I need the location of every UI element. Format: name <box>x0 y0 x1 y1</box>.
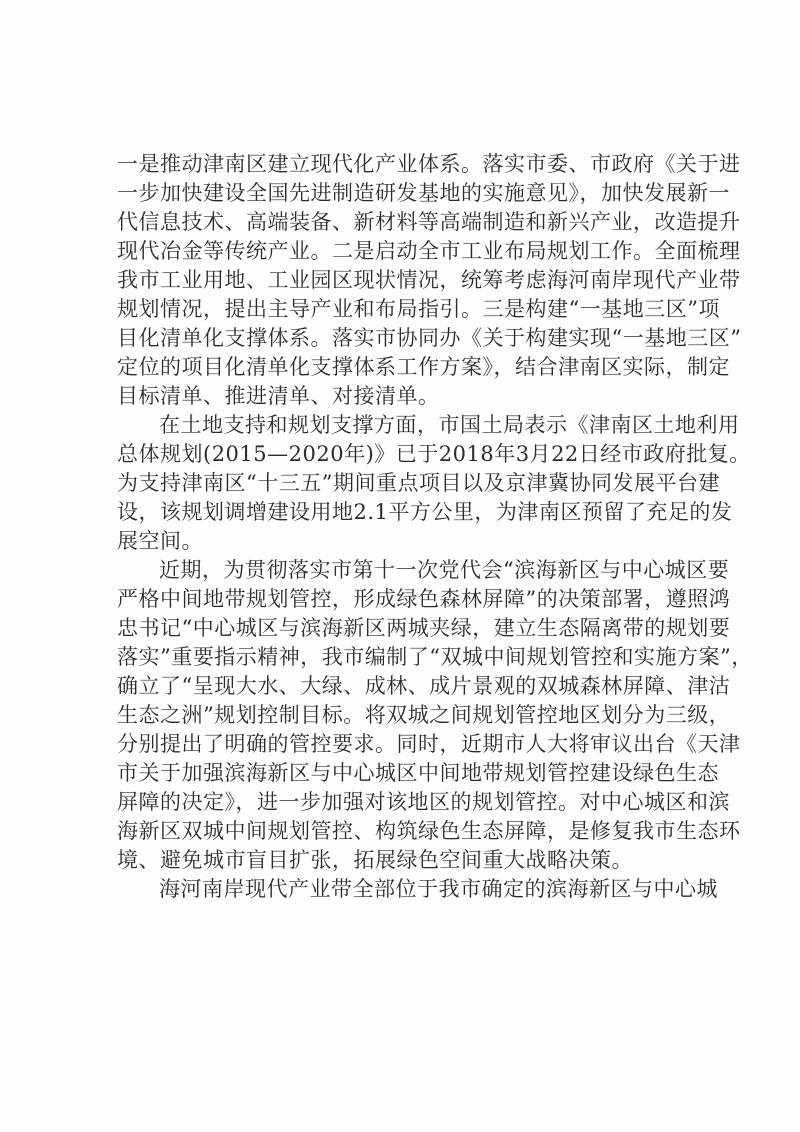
text-line: 屏障的决定》，进一步加强对该地区的规划管控。对中心城区和滨 <box>117 788 713 817</box>
text-line: 生态之洲”规划控制目标。将双城之间规划管控地区划分为三级， <box>117 701 713 730</box>
text-line: 海新区双城中间规划管控、构筑绿色生态屏障，是修复我市生态环 <box>117 817 713 846</box>
text-line: 为支持津南区“十三五”期间重点项目以及京津冀协同发展平台建 <box>117 469 713 498</box>
text-line: 展空间。 <box>117 527 713 556</box>
text-line: 近期，为贯彻落实市第十一次党代会“滨海新区与中心城区要 <box>117 556 713 585</box>
paragraph-green-barrier: 近期，为贯彻落实市第十一次党代会“滨海新区与中心城区要 严格中间地带规划管控，形… <box>117 556 713 875</box>
paragraph-industry-system: 一是推动津南区建立现代化产业体系。落实市委、市政府《关于进 一步加快建设全国先进… <box>117 150 713 411</box>
text-line: 落实”重要指示精神，我市编制了“双城中间规划管控和实施方案”， <box>117 643 713 672</box>
text-line: 分别提出了明确的管控要求。同时，近期市人大将审议出台《天津 <box>117 730 713 759</box>
text-line: 目化清单化支撑体系。落实市协同办《关于构建实现“一基地三区” <box>117 324 713 353</box>
text-line: 代信息技术、高端装备、新材料等高端制造和新兴产业，改造提升 <box>117 208 713 237</box>
text-line: 境、避免城市盲目扩张，拓展绿色空间重大战略决策。 <box>117 846 713 875</box>
text-line: 一是推动津南区建立现代化产业体系。落实市委、市政府《关于进 <box>117 150 713 179</box>
paragraph-haihe-south-bank: 海河南岸现代产业带全部位于我市确定的滨海新区与中心城 <box>117 875 713 904</box>
text-line: 定位的项目化清单化支撑体系工作方案》，结合津南区实际，制定 <box>117 353 713 382</box>
text-line: 设，该规划调增建设用地2.1平方公里，为津南区预留了充足的发 <box>117 498 713 527</box>
text-line: 总体规划(2015—2020年)》已于2018年3月22日经市政府批复。 <box>117 440 713 469</box>
text-line: 确立了“呈现大水、大绿、成林、成片景观的双城森林屏障、津沽 <box>117 672 713 701</box>
text-line: 市关于加强滨海新区与中心城区中间地带规划管控建设绿色生态 <box>117 759 713 788</box>
text-line: 现代冶金等传统产业。二是启动全市工业布局规划工作。全面梳理 <box>117 237 713 266</box>
text-line: 我市工业用地、工业园区现状情况，统筹考虑海河南岸现代产业带 <box>117 266 713 295</box>
text-line: 海河南岸现代产业带全部位于我市确定的滨海新区与中心城 <box>117 875 713 904</box>
paragraph-land-support: 在土地支持和规划支撑方面，市国土局表示《津南区土地利用 总体规划(2015—20… <box>117 411 713 556</box>
document-page: 一是推动津南区建立现代化产业体系。落实市委、市政府《关于进 一步加快建设全国先进… <box>0 0 800 1132</box>
text-line: 忠书记“中心城区与滨海新区两城夹绿，建立生态隔离带的规划要 <box>117 614 713 643</box>
text-line: 目标清单、推进清单、对接清单。 <box>117 382 713 411</box>
text-line: 严格中间地带规划管控，形成绿色森林屏障”的决策部署，遵照鸿 <box>117 585 713 614</box>
document-body: 一是推动津南区建立现代化产业体系。落实市委、市政府《关于进 一步加快建设全国先进… <box>117 150 713 904</box>
text-line: 在土地支持和规划支撑方面，市国土局表示《津南区土地利用 <box>117 411 713 440</box>
text-line: 规划情况，提出主导产业和布局指引。三是构建“一基地三区”项 <box>117 295 713 324</box>
text-line: 一步加快建设全国先进制造研发基地的实施意见》，加快发展新一 <box>117 179 713 208</box>
